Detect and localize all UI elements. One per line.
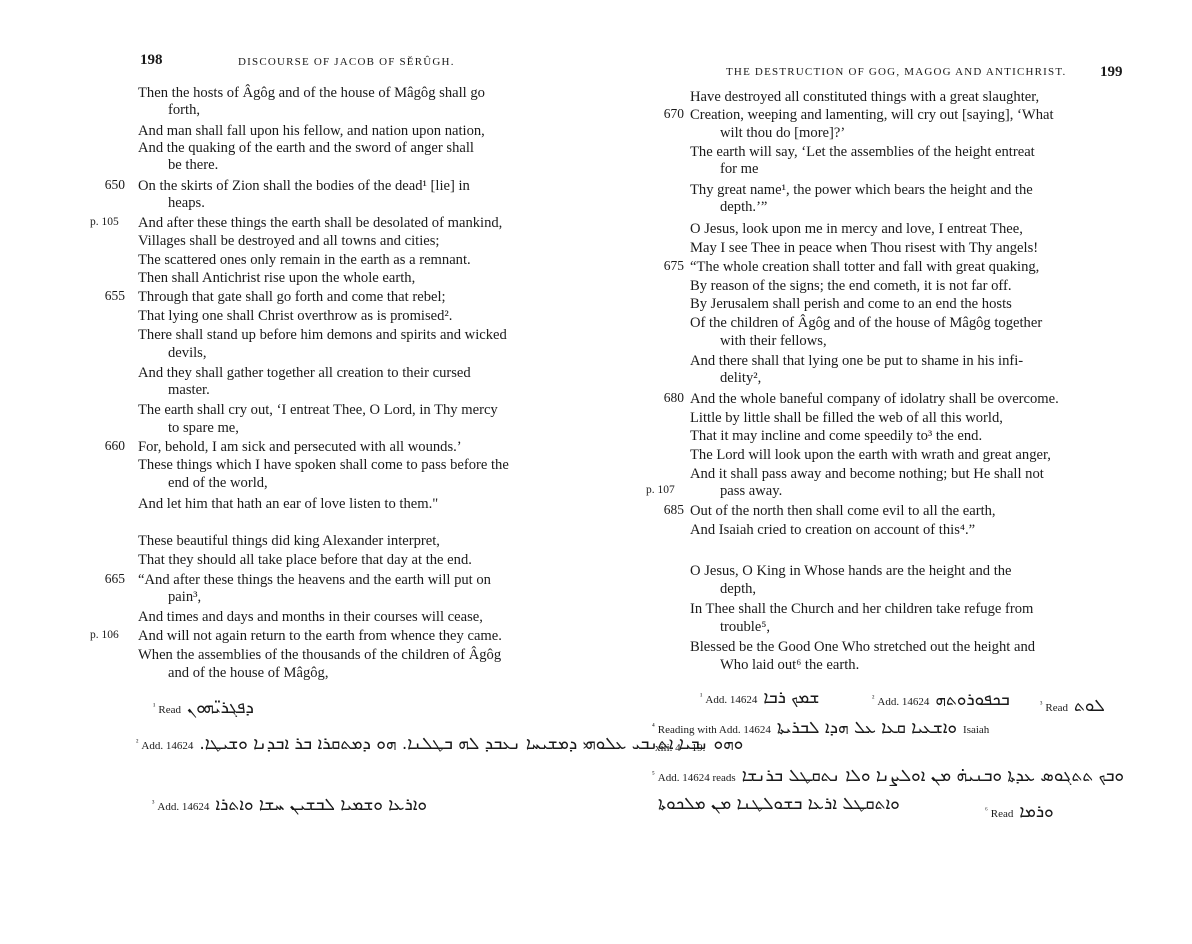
verse-line: In Thee shall the Church and her childre… [690, 600, 1033, 618]
footnote-marker: ² [872, 693, 874, 702]
verse-line: These beautiful things did king Alexande… [138, 532, 440, 550]
verse-line: “The whole creation shall totter and fal… [690, 258, 1039, 276]
verse-line: And times and days and months in their c… [138, 608, 483, 626]
verse-line: delity², [720, 369, 761, 387]
footnote-label: Read [1045, 702, 1068, 714]
verse-line: And there shall that lying one be put to… [690, 352, 1023, 370]
verse-line: May I see Thee in peace when Thou risest… [690, 239, 1038, 257]
footnote-marker: ² [136, 737, 138, 746]
footnote: ³Add. 14624ܘܐܪܥܐ ܘܫܡܝܐ ܠܒܫܝܢ ܚܫܐ ܘܐܬܪܐ [152, 795, 427, 815]
verse-line: And man shall fall upon his fellow, and … [138, 122, 485, 140]
page-number: 198 [140, 52, 163, 69]
footnote-label: Read [991, 808, 1014, 820]
footnote-label: Add. 14624 [877, 696, 929, 708]
running-head: THE DESTRUCTION OF GOG, MAGOG AND ANTICH… [726, 66, 1066, 78]
verse-line: Little by little shall be filled the web… [690, 409, 1003, 427]
footnote: ³Readܠܘܬ [1040, 696, 1105, 716]
verse-line: Through that gate shall go forth and com… [138, 288, 446, 306]
running-head: DISCOURSE OF JACOB OF SĔRÛGH. [238, 56, 455, 68]
line-number: 670 [656, 106, 684, 122]
footnote-marker: ³ [152, 798, 154, 807]
footnote-label: Read [158, 704, 181, 716]
syriac-text: ܘܒܟ ܬܬܓܘܣ ܥܕܬܐ ܘܒܢܝܗ̇ ܡܢ ܐܘܠܨܢܐ ܘܠܐ ܢܬܩܛ… [742, 766, 1124, 786]
footnote-marker: ⁶ [985, 805, 988, 814]
verse-line: O Jesus, look upon me in mercy and love,… [690, 220, 1023, 238]
manuscript-page-ref: p. 106 [90, 629, 119, 641]
syriac-text: ܕܦܓܪܝ̈ܗܘܢ [187, 698, 254, 718]
footnote-label: Add. 14624 [705, 694, 757, 706]
footnote-label: Add. 14624 reads [658, 772, 736, 784]
verse-line: And after these things the earth shall b… [138, 214, 502, 232]
syriac-text: ܘܐܬܩܛܠ ܐܪܥܐ ܒܫܘܠܛܢܐ ܡܢ ܡܠܟܘܬܐ [658, 794, 900, 814]
verse-line: with their fellows, [720, 332, 827, 350]
verse-line: Creation, weeping and lamenting, will cr… [690, 106, 1054, 124]
verse-line: By reason of the signs; the end cometh, … [690, 277, 1012, 295]
verse-line: That lying one shall Christ overthrow as… [138, 307, 452, 325]
footnote: ¹Add. 14624ܫܡܟ ܪܒܐ [700, 688, 819, 708]
verse-line: And let him that hath an ear of love lis… [138, 495, 438, 513]
manuscript-page-ref: p. 107 [646, 484, 675, 496]
footnote: ²Add. 14624ܒܟܦܘܪܘܬܗ [872, 690, 1010, 710]
footnote: ⁶Readܘܪܡܐ [985, 802, 1054, 822]
manuscript-page-ref: p. 105 [90, 216, 119, 228]
verse-line: That it may incline and come speedily to… [690, 427, 982, 445]
footnote-marker: ⁴ [652, 721, 655, 730]
verse-line: Then the hosts of Âgôg and of the house … [138, 84, 485, 102]
verse-line: end of the world, [168, 474, 268, 492]
line-number: 660 [97, 438, 125, 454]
footnote: ¹Readܕܦܓܪܝ̈ܗܘܢ [153, 698, 254, 718]
syriac-text: ܘܐܪܥܐ ܘܫܡܝܐ ܠܒܫܝܢ ܚܫܐ ܘܐܬܪܐ [215, 795, 427, 815]
verse-line: master. [168, 381, 210, 399]
verse-line: And they shall gather together all creat… [138, 364, 471, 382]
syriac-text: ܘܐܫܥܝܐ ܩܥܐ ܥܠ ܗܕܐ ܠܒܪܝܬܐ [777, 718, 957, 738]
verse-line: And the whole baneful company of idolatr… [690, 390, 1059, 408]
verse-line: That they should all take place before t… [138, 551, 472, 569]
verse-line: wilt thou do [more]?’ [720, 124, 845, 142]
footnote-marker: ¹ [700, 691, 702, 700]
syriac-text: ܠܘܬ [1074, 696, 1105, 716]
footnote: ⁵Add. 14624 readsܘܒܟ ܬܬܓܘܣ ܥܕܬܐ ܘܒܢܝܗ̇ ܡ… [652, 766, 1124, 786]
verse-line: The Lord will look upon the earth with w… [690, 446, 1051, 464]
verse-line: Of the children of Âgôg and of the house… [690, 314, 1042, 332]
page-number: 199 [1100, 64, 1123, 81]
line-number: 655 [97, 288, 125, 304]
verse-line: Who laid out⁶ the earth. [720, 656, 859, 674]
verse-line: depth.’” [720, 198, 767, 216]
verse-line: These things which I have spoken shall c… [138, 456, 509, 474]
line-number: 675 [656, 258, 684, 274]
line-number: 665 [97, 571, 125, 587]
footnote-label: Reading with Add. 14624 [658, 724, 771, 736]
verse-line: “And after these things the heavens and … [138, 571, 491, 589]
verse-line: And Isaiah cried to creation on account … [690, 521, 975, 539]
line-number: 650 [97, 177, 125, 193]
footnote-tail: Isaiah [963, 724, 989, 736]
verse-line: On the skirts of Zion shall the bodies o… [138, 177, 470, 195]
verse-line: For, behold, I am sick and persecuted wi… [138, 438, 462, 456]
verse-line: forth, [168, 101, 200, 119]
verse-line: The earth will say, ‘Let the assemblies … [690, 143, 1035, 161]
verse-line: for me [720, 160, 759, 178]
footnote-marker: ⁵ [652, 769, 655, 778]
verse-line: By Jerusalem shall perish and come to an… [690, 295, 1012, 313]
syriac-text: ܫܡܟ ܪܒܐ [763, 688, 819, 708]
verse-line: depth, [720, 580, 756, 598]
line-number: 685 [656, 502, 684, 518]
verse-line: Then shall Antichrist rise upon the whol… [138, 269, 415, 287]
verse-line: Have destroyed all constituted things wi… [690, 88, 1039, 106]
line-number: 680 [656, 390, 684, 406]
footnote: ܘܐܬܩܛܠ ܐܪܥܐ ܒܫܘܠܛܢܐ ܡܢ ܡܠܟܘܬܐ [652, 794, 900, 814]
verse-line: And it shall pass away and become nothin… [690, 465, 1044, 483]
verse-line: Out of the north then shall come evil to… [690, 502, 996, 520]
footnote: ⁴Reading with Add. 14624ܘܐܫܥܝܐ ܩܥܐ ܥܠ ܗܕ… [652, 718, 989, 738]
verse-line: Thy great name¹, the power which bears t… [690, 181, 1033, 199]
verse-line: pass away. [720, 482, 782, 500]
verse-line: to spare me, [168, 419, 239, 437]
verse-line: Villages shall be destroyed and all town… [138, 232, 439, 250]
syriac-text: ܒܟܦܘܪܘܬܗ [935, 690, 1009, 710]
verse-line: The scattered ones only remain in the ea… [138, 251, 471, 269]
verse-line: heaps. [168, 194, 205, 212]
verse-line: pain³, [168, 588, 201, 606]
verse-line: O Jesus, O King in Whose hands are the h… [690, 562, 1012, 580]
verse-line: And the quaking of the earth and the swo… [138, 139, 474, 157]
verse-line: And will not again return to the earth f… [138, 627, 502, 645]
syriac-text: ܘܪܡܐ [1019, 802, 1053, 822]
verse-line: Blessed be the Good One Who stretched ou… [690, 638, 1035, 656]
footnote-marker: ³ [1040, 699, 1042, 708]
footnote-label: Add. 14624 [157, 801, 209, 813]
verse-line: and of the house of Mâgôg, [168, 664, 329, 682]
verse-line: There shall stand up before him demons a… [138, 326, 507, 344]
verse-line: be there. [168, 156, 218, 174]
verse-line: When the assemblies of the thousands of … [138, 646, 501, 664]
footnote-marker: ¹ [153, 701, 155, 710]
footnote-label: xiii. 4—19. [655, 742, 705, 754]
verse-line: trouble⁵, [720, 618, 770, 636]
verse-line: The earth shall cry out, ‘I entreat Thee… [138, 401, 498, 419]
verse-line: devils, [168, 344, 207, 362]
footnote: xiii. 4—19. [652, 742, 705, 754]
footnote-label: Add. 14624 [141, 740, 193, 752]
